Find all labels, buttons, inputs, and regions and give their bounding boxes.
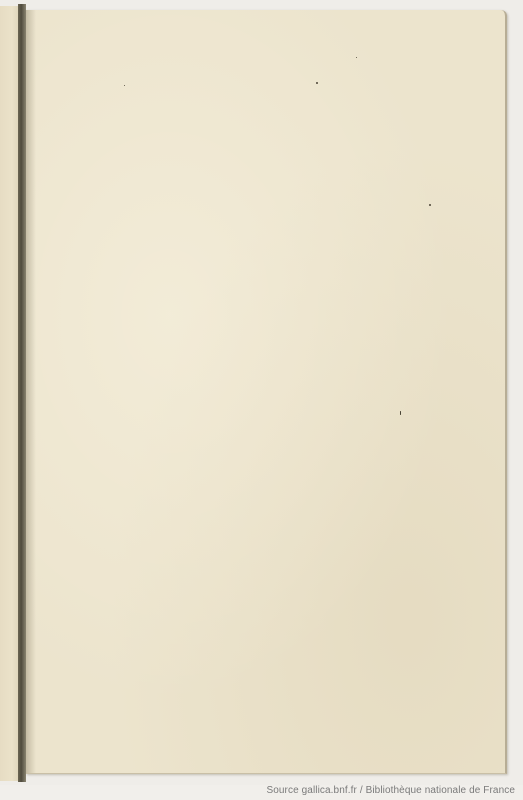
binding-shadow [26,10,36,773]
source-credit: Source gallica.bnf.fr / Bibliothèque nat… [266,785,515,796]
facing-page-edge [0,6,20,781]
paper-speck [400,411,401,415]
page-viewer [0,0,523,785]
book-binding [18,4,26,782]
paper-speck [356,57,357,58]
paper-speck [316,82,318,84]
paper-speck [429,204,431,206]
paper-speck [124,85,125,86]
scanned-blank-page [26,10,507,774]
